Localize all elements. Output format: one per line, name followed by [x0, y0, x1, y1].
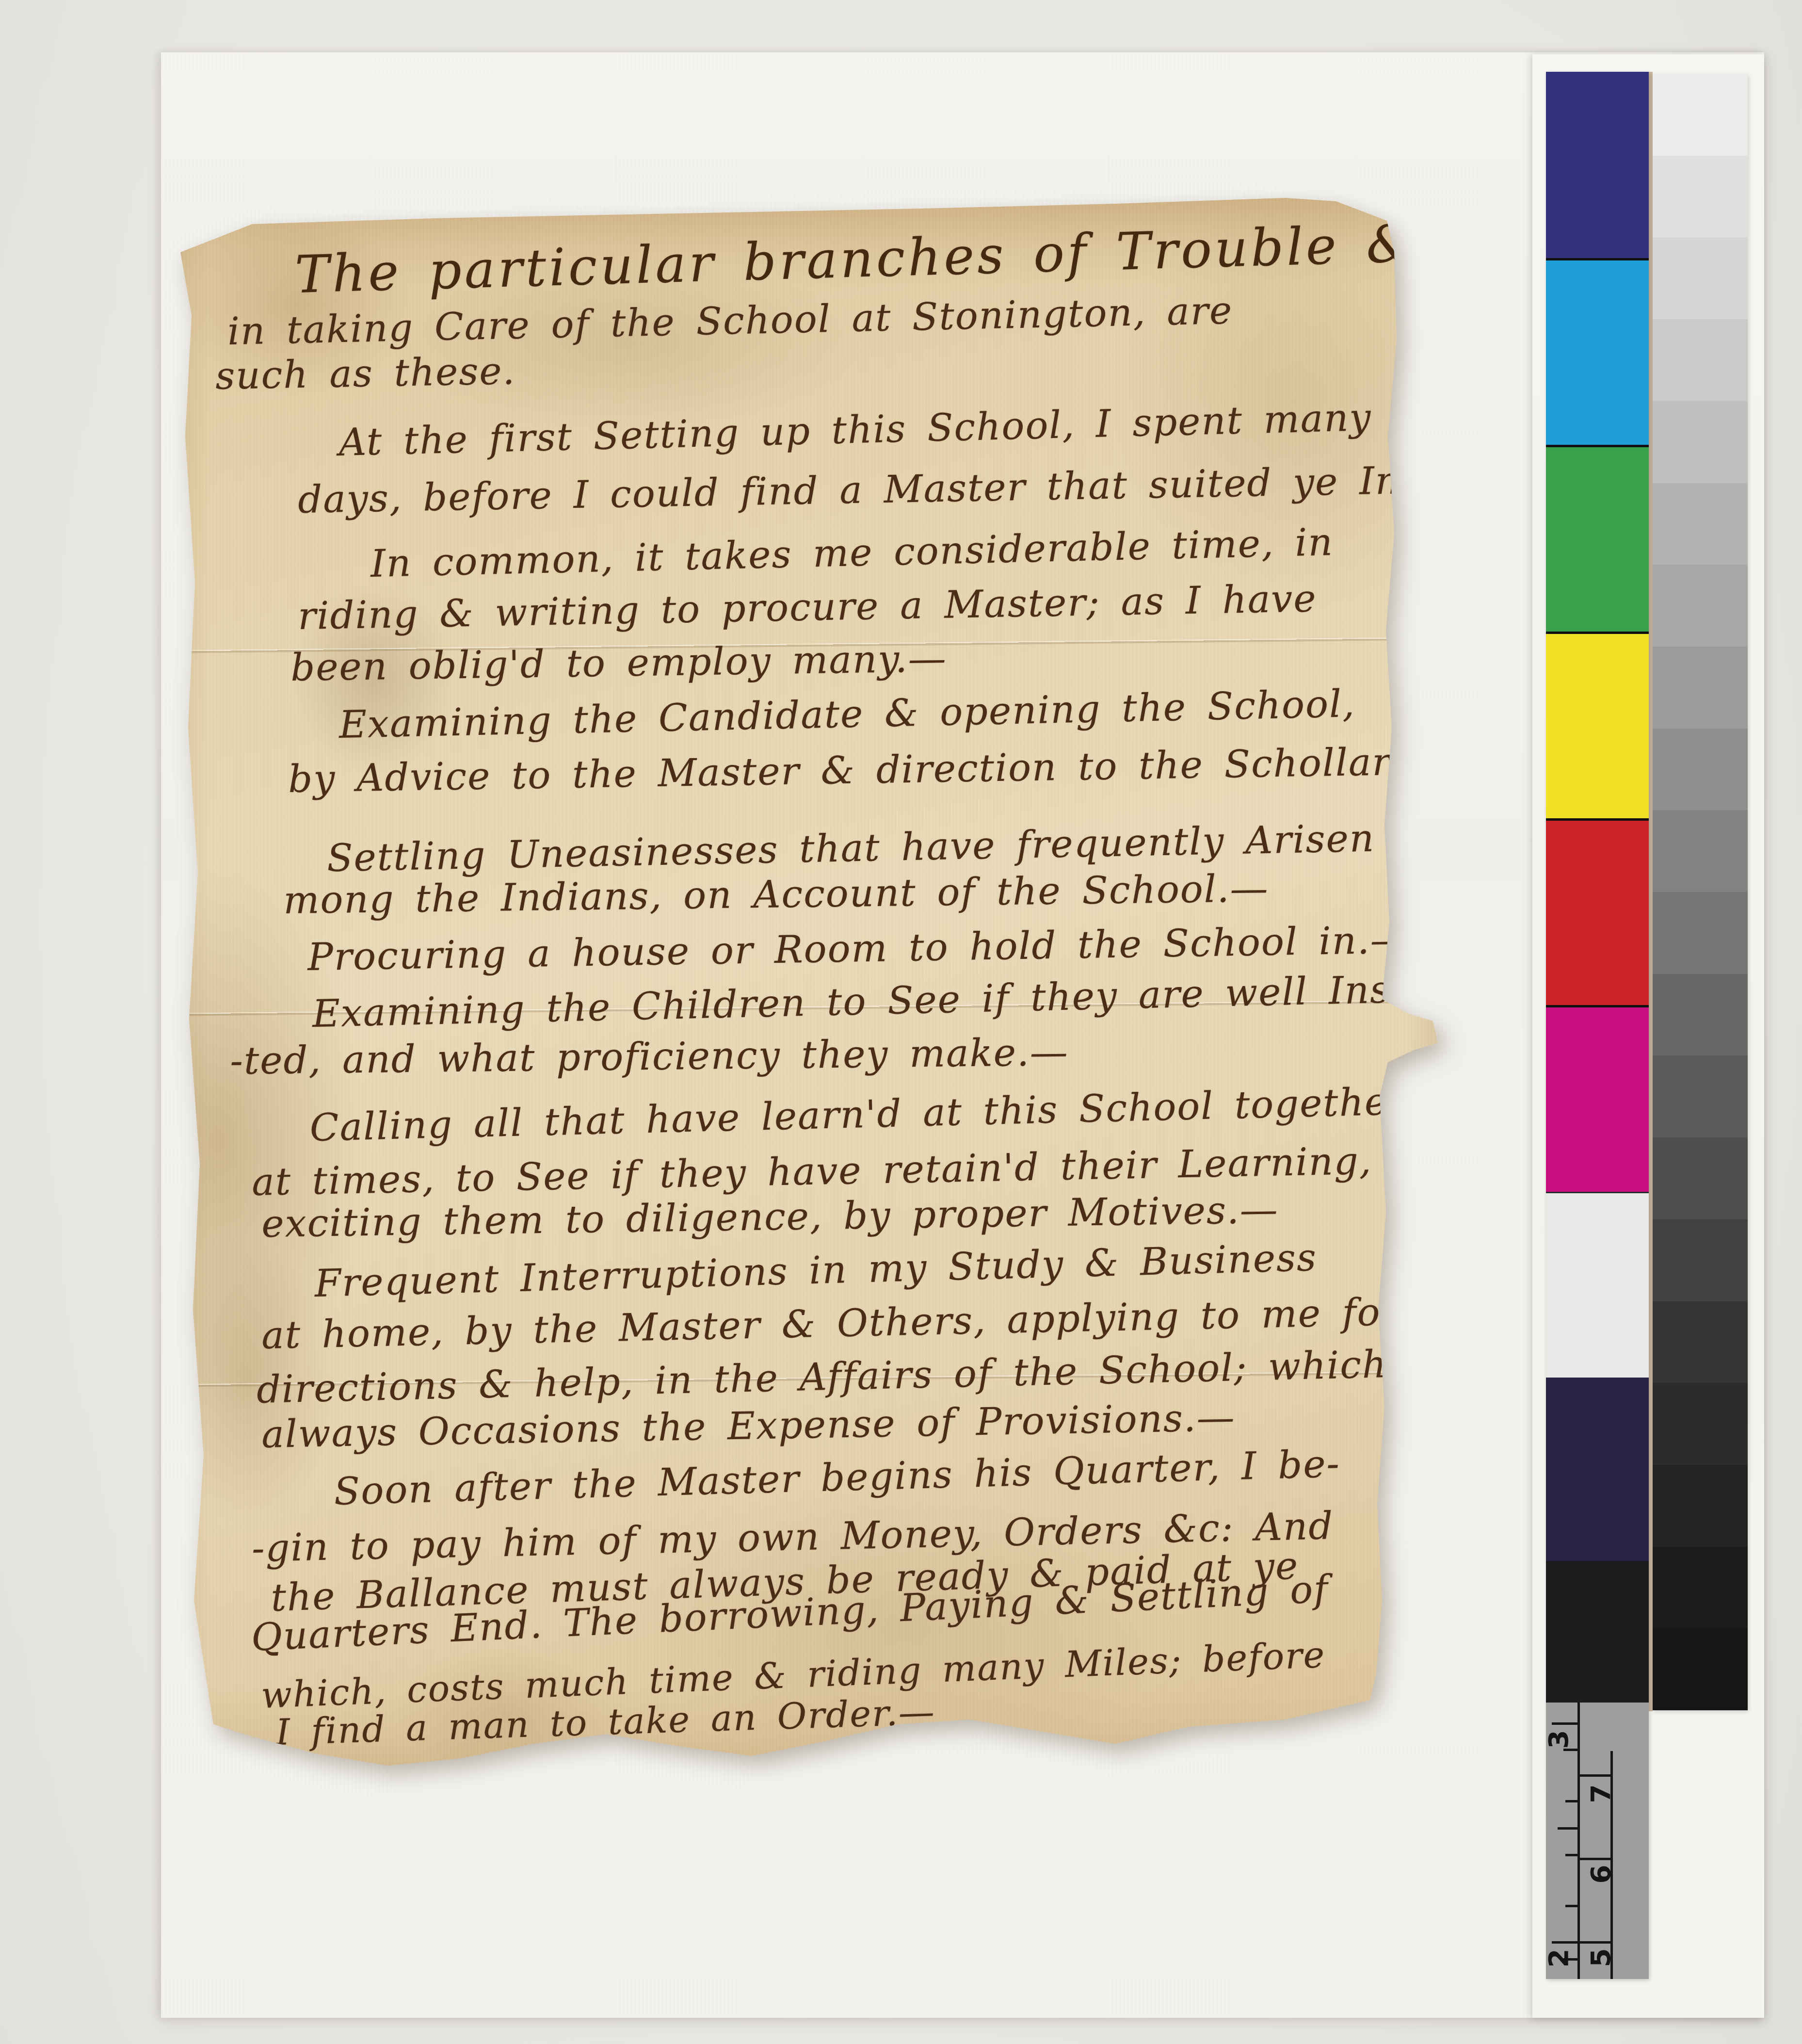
gray-step-2 [1653, 156, 1748, 238]
ruler-tick [1552, 1941, 1577, 1944]
manuscript-line: such as these. [215, 352, 516, 397]
color-patches [1546, 72, 1649, 1703]
gray-step-18 [1653, 1465, 1748, 1547]
ruler-number: 2 [1546, 1949, 1573, 1968]
gray-step-14 [1653, 1137, 1748, 1219]
gray-step-6 [1653, 483, 1748, 565]
color-patch-red [1546, 821, 1649, 1007]
gray-step-9 [1653, 729, 1748, 811]
ruler: 3 2 7 6 5 [1546, 1703, 1649, 1979]
manuscript-line: -ted, and what proficiency they make.— [230, 1033, 1069, 1082]
ruler-tick [1578, 1858, 1610, 1860]
gray-step-20 [1653, 1628, 1748, 1710]
color-patch-dark-navy [1546, 1378, 1649, 1561]
manuscript-wrap: The particular branches of Trouble & Cha… [165, 194, 1455, 1795]
manuscript-line: mong the Indians, on Account of the Scho… [283, 869, 1269, 921]
gray-step-1 [1653, 74, 1748, 156]
gray-step-15 [1653, 1219, 1748, 1301]
color-patch-white [1546, 1193, 1649, 1378]
manuscript-line: been oblig'd to employ many.— [290, 639, 947, 688]
manuscript-line: At the first Setting up this School, I s… [338, 398, 1372, 463]
ruler-line-a [1577, 1703, 1580, 1979]
gray-step-5 [1653, 401, 1748, 483]
gray-step-16 [1653, 1301, 1748, 1383]
color-patch-yellow [1546, 634, 1649, 821]
ruler-tick [1578, 1774, 1610, 1777]
ruler-number: 3 [1546, 1730, 1573, 1749]
manuscript-line: riding & writing to procure a Master; as… [298, 579, 1318, 637]
gray-step-7 [1653, 565, 1748, 647]
color-patch-green [1546, 447, 1649, 634]
manuscript-line: by Advice to the Master & direction to t… [288, 742, 1464, 800]
color-patch-black [1546, 1561, 1649, 1703]
ruler-tick [1578, 1941, 1610, 1944]
gray-step-19 [1653, 1547, 1748, 1629]
manuscript-line: at times, to See if they have retain'd t… [251, 1140, 1467, 1203]
gray-step-13 [1653, 1055, 1748, 1137]
manuscript-line: Examining the Candidate & opening the Sc… [338, 684, 1355, 746]
manuscript-line: Procuring a house or Room to hold the Sc… [307, 921, 1410, 978]
gray-step-10 [1653, 810, 1748, 892]
calibration-card: 3 2 7 6 5 [1532, 54, 1764, 2018]
manuscript-line: Examining the Children to See if they ar… [312, 968, 1487, 1035]
manuscript-line: Frequent Interruptions in my Study & Bus… [314, 1238, 1318, 1304]
ruler-number: 5 [1588, 1948, 1615, 1967]
manuscript-line: Calling all that have learn'd at this Sc… [309, 1082, 1407, 1149]
grayscale-wedge [1653, 74, 1748, 1710]
manuscript-line: Soon after the Master begins his Quarter… [334, 1444, 1341, 1512]
gray-step-11 [1653, 892, 1748, 974]
ruler-tick [1563, 1749, 1577, 1751]
manuscript-line: In common, it takes me considerable time… [370, 523, 1334, 584]
manuscript-line: days, before I could find a Master that … [298, 460, 1485, 520]
manuscript-paper: The particular branches of Trouble & Cha… [165, 194, 1455, 1795]
color-patch-dark-blue [1546, 72, 1649, 260]
color-patch-magenta [1546, 1007, 1649, 1193]
gray-step-4 [1653, 319, 1748, 401]
gray-step-3 [1653, 237, 1748, 319]
gray-step-17 [1653, 1383, 1748, 1465]
color-patch-cyan [1546, 260, 1649, 447]
scanned-document-page: The particular branches of Trouble & Cha… [0, 0, 1802, 2044]
ruler-tick [1558, 1827, 1577, 1830]
gray-step-12 [1653, 974, 1748, 1056]
ruler-tick [1565, 1854, 1577, 1856]
gray-step-8 [1653, 647, 1748, 729]
color-patch-column: 3 2 7 6 5 [1546, 72, 1649, 1979]
ruler-tick [1565, 1905, 1577, 1907]
ruler-number: 6 [1588, 1865, 1615, 1884]
ruler-tick [1565, 1800, 1577, 1802]
ruler-number: 7 [1588, 1784, 1615, 1803]
ruler-tick [1552, 1722, 1577, 1725]
